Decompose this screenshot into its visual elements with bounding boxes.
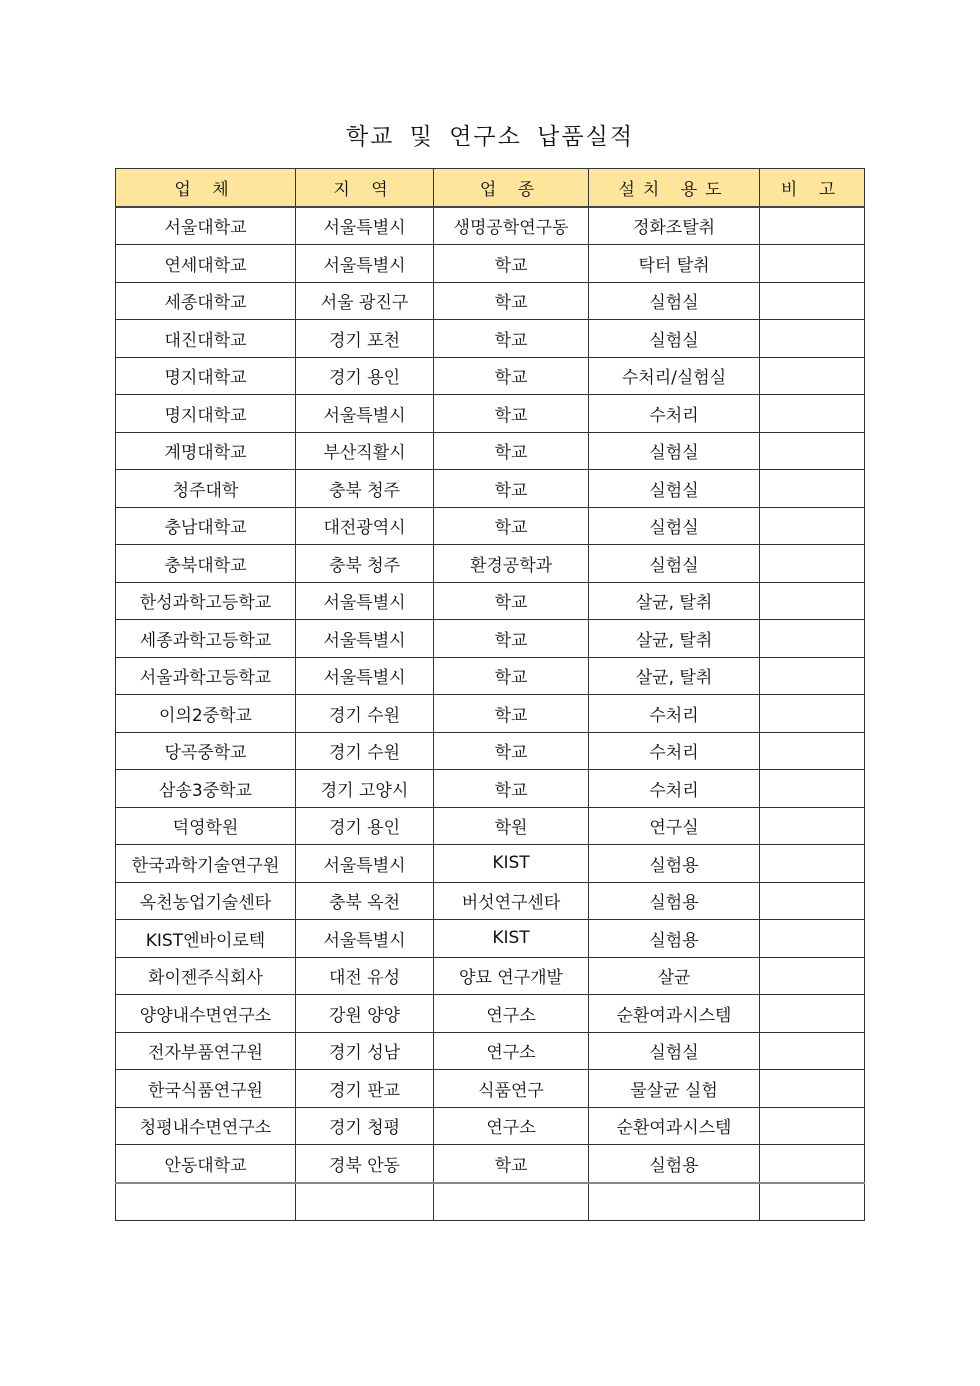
cell-industry: 학교 bbox=[434, 357, 589, 395]
cell-industry: 학교 bbox=[434, 432, 589, 470]
cell-industry: 학교 bbox=[434, 620, 589, 658]
table-row: 서울과학고등학교서울특별시학교살균, 탈취 bbox=[116, 657, 865, 695]
cell-company: 덕영학원 bbox=[116, 807, 296, 845]
table-row: 덕영학원경기 용인학원연구실 bbox=[116, 807, 865, 845]
table-row: 충남대학교대전광역시학교실험실 bbox=[116, 507, 865, 545]
cell-note bbox=[760, 582, 865, 620]
table-row: 전자부품연구원경기 성남연구소실험실 bbox=[116, 1032, 865, 1070]
cell-note bbox=[760, 1070, 865, 1108]
table-row: 한국과학기술연구원서울특별시KIST실험용 bbox=[116, 845, 865, 883]
table-row: 삼송3중학교경기 고양시학교수처리 bbox=[116, 770, 865, 808]
cell-note bbox=[760, 320, 865, 358]
cell-usage: 수처리/실험실 bbox=[589, 357, 760, 395]
cell-note bbox=[760, 282, 865, 320]
cell-note bbox=[760, 432, 865, 470]
cell-note bbox=[760, 732, 865, 770]
cell-region: 경기 용인 bbox=[296, 357, 434, 395]
cell-industry: 학교 bbox=[434, 695, 589, 733]
table-row: 한성과학고등학교서울특별시학교살균, 탈취 bbox=[116, 582, 865, 620]
table-row: 명지대학교서울특별시학교수처리 bbox=[116, 395, 865, 433]
column-header-region: 지 역 bbox=[296, 169, 434, 207]
cell-industry: 학교 bbox=[434, 1145, 589, 1183]
cell-note bbox=[760, 1032, 865, 1070]
cell-region: 경기 용인 bbox=[296, 807, 434, 845]
cell-note bbox=[760, 357, 865, 395]
table-header-row: 업 체 지 역 업 종 설치 용도 비 고 bbox=[116, 169, 865, 207]
cell-industry: 학교 bbox=[434, 395, 589, 433]
table-row: KIST엔바이로텍서울특별시KIST실험용 bbox=[116, 920, 865, 958]
table-row: 옥천농업기술센타충북 옥천버섯연구센타실험용 bbox=[116, 882, 865, 920]
table-row: 화이젠주식회사대전 유성양묘 연구개발살균 bbox=[116, 957, 865, 995]
cell-usage: 실험실 bbox=[589, 282, 760, 320]
cell-usage: 실험실 bbox=[589, 470, 760, 508]
cell-industry: 양묘 연구개발 bbox=[434, 957, 589, 995]
cell-company: 당곡중학교 bbox=[116, 732, 296, 770]
table-row: 충북대학교충북 청주환경공학과실험실 bbox=[116, 545, 865, 583]
table-row: 청주대학충북 청주학교실험실 bbox=[116, 470, 865, 508]
cell-region: 서울특별시 bbox=[296, 245, 434, 283]
column-header-industry: 업 종 bbox=[434, 169, 589, 207]
cell-industry: 학교 bbox=[434, 507, 589, 545]
cell-usage: 살균 bbox=[589, 957, 760, 995]
cell-region: 충북 청주 bbox=[296, 470, 434, 508]
cell-region: 경기 포천 bbox=[296, 320, 434, 358]
cell-note bbox=[760, 1107, 865, 1145]
cell-usage: 살균, 탈취 bbox=[589, 657, 760, 695]
cell-industry: 생명공학연구동 bbox=[434, 207, 589, 245]
table-row: 연세대학교서울특별시학교탁터 탈취 bbox=[116, 245, 865, 283]
cell-usage: 실험실 bbox=[589, 545, 760, 583]
cell-industry: 학교 bbox=[434, 470, 589, 508]
cell-region: 서울특별시 bbox=[296, 657, 434, 695]
cell-industry: 학교 bbox=[434, 245, 589, 283]
cell-region: 서울특별시 bbox=[296, 582, 434, 620]
cell-region: 경기 판교 bbox=[296, 1070, 434, 1108]
cell-usage: 실험실 bbox=[589, 1032, 760, 1070]
column-header-note: 비 고 bbox=[760, 169, 865, 207]
cell-company: 이의2중학교 bbox=[116, 695, 296, 733]
table-row: 한국식품연구원경기 판교식품연구물살균 실험 bbox=[116, 1070, 865, 1108]
cell-industry: 식품연구 bbox=[434, 1070, 589, 1108]
cell-industry: 학교 bbox=[434, 282, 589, 320]
table-row: 당곡중학교경기 수원학교수처리 bbox=[116, 732, 865, 770]
cell-note bbox=[760, 507, 865, 545]
cell-company: 청주대학 bbox=[116, 470, 296, 508]
cell-company: 대진대학교 bbox=[116, 320, 296, 358]
cell-note bbox=[760, 1183, 865, 1221]
cell-note bbox=[760, 845, 865, 883]
cell-industry: 버섯연구센타 bbox=[434, 882, 589, 920]
cell-industry: 연구소 bbox=[434, 995, 589, 1033]
cell-note bbox=[760, 920, 865, 958]
table-row: 대진대학교경기 포천학교실험실 bbox=[116, 320, 865, 358]
cell-usage: 수처리 bbox=[589, 732, 760, 770]
column-header-usage: 설치 용도 bbox=[589, 169, 760, 207]
cell-company: 전자부품연구원 bbox=[116, 1032, 296, 1070]
table-row: 양양내수면연구소강원 양양연구소순환여과시스템 bbox=[116, 995, 865, 1033]
table-row: 계명대학교부산직활시학교실험실 bbox=[116, 432, 865, 470]
cell-region bbox=[296, 1183, 434, 1221]
cell-company: 서울대학교 bbox=[116, 207, 296, 245]
cell-region: 경북 안동 bbox=[296, 1145, 434, 1183]
cell-company: 충남대학교 bbox=[116, 507, 296, 545]
cell-usage: 수처리 bbox=[589, 695, 760, 733]
cell-note bbox=[760, 770, 865, 808]
cell-note bbox=[760, 995, 865, 1033]
cell-region: 서울 광진구 bbox=[296, 282, 434, 320]
cell-note bbox=[760, 620, 865, 658]
cell-company: KIST엔바이로텍 bbox=[116, 920, 296, 958]
cell-usage: 살균, 탈취 bbox=[589, 620, 760, 658]
cell-usage: 순환여과시스템 bbox=[589, 1107, 760, 1145]
cell-company: 세종과학고등학교 bbox=[116, 620, 296, 658]
cell-region: 경기 수원 bbox=[296, 732, 434, 770]
cell-usage: 탁터 탈취 bbox=[589, 245, 760, 283]
cell-note bbox=[760, 882, 865, 920]
cell-usage: 실험용 bbox=[589, 845, 760, 883]
cell-region: 충북 청주 bbox=[296, 545, 434, 583]
cell-industry: 학교 bbox=[434, 770, 589, 808]
table-row: 세종과학고등학교서울특별시학교살균, 탈취 bbox=[116, 620, 865, 658]
cell-company: 명지대학교 bbox=[116, 395, 296, 433]
cell-industry: 학교 bbox=[434, 582, 589, 620]
cell-note bbox=[760, 657, 865, 695]
document-title: 학교 및 연구소 납품실적 bbox=[0, 118, 980, 151]
cell-company: 한국식품연구원 bbox=[116, 1070, 296, 1108]
cell-note bbox=[760, 957, 865, 995]
cell-industry: 학교 bbox=[434, 732, 589, 770]
cell-usage: 물살균 실험 bbox=[589, 1070, 760, 1108]
cell-company: 옥천농업기술센타 bbox=[116, 882, 296, 920]
cell-usage: 실험실 bbox=[589, 507, 760, 545]
cell-industry bbox=[434, 1183, 589, 1221]
cell-region: 서울특별시 bbox=[296, 845, 434, 883]
cell-region: 경기 고양시 bbox=[296, 770, 434, 808]
cell-company: 삼송3중학교 bbox=[116, 770, 296, 808]
cell-usage: 실험용 bbox=[589, 882, 760, 920]
cell-usage: 살균, 탈취 bbox=[589, 582, 760, 620]
cell-note bbox=[760, 470, 865, 508]
cell-company: 한성과학고등학교 bbox=[116, 582, 296, 620]
table-body: 서울대학교서울특별시생명공학연구동정화조탈취연세대학교서울특별시학교탁터 탈취세… bbox=[116, 207, 865, 1221]
cell-company: 계명대학교 bbox=[116, 432, 296, 470]
table-row: 안동대학교경북 안동학교실험용 bbox=[116, 1145, 865, 1183]
table-row: 명지대학교경기 용인학교수처리/실험실 bbox=[116, 357, 865, 395]
cell-note bbox=[760, 695, 865, 733]
cell-note bbox=[760, 807, 865, 845]
cell-company: 화이젠주식회사 bbox=[116, 957, 296, 995]
cell-usage: 순환여과시스템 bbox=[589, 995, 760, 1033]
cell-company: 양양내수면연구소 bbox=[116, 995, 296, 1033]
cell-industry: KIST bbox=[434, 845, 589, 883]
cell-note bbox=[760, 1145, 865, 1183]
cell-company bbox=[116, 1183, 296, 1221]
cell-region: 경기 청평 bbox=[296, 1107, 434, 1145]
table-row: 이의2중학교경기 수원학교수처리 bbox=[116, 695, 865, 733]
cell-usage bbox=[589, 1183, 760, 1221]
cell-region: 강원 양양 bbox=[296, 995, 434, 1033]
table-row bbox=[116, 1183, 865, 1221]
cell-region: 서울특별시 bbox=[296, 207, 434, 245]
cell-usage: 정화조탈취 bbox=[589, 207, 760, 245]
cell-region: 서울특별시 bbox=[296, 395, 434, 433]
cell-region: 경기 수원 bbox=[296, 695, 434, 733]
cell-usage: 실험용 bbox=[589, 1145, 760, 1183]
cell-note bbox=[760, 207, 865, 245]
cell-company: 연세대학교 bbox=[116, 245, 296, 283]
cell-industry: 연구소 bbox=[434, 1032, 589, 1070]
cell-company: 서울과학고등학교 bbox=[116, 657, 296, 695]
cell-region: 서울특별시 bbox=[296, 620, 434, 658]
cell-usage: 실험실 bbox=[589, 432, 760, 470]
cell-company: 청평내수면연구소 bbox=[116, 1107, 296, 1145]
cell-usage: 실험용 bbox=[589, 920, 760, 958]
cell-industry: 학교 bbox=[434, 657, 589, 695]
cell-region: 충북 옥천 bbox=[296, 882, 434, 920]
cell-industry: 학원 bbox=[434, 807, 589, 845]
cell-company: 충북대학교 bbox=[116, 545, 296, 583]
cell-company: 세종대학교 bbox=[116, 282, 296, 320]
cell-region: 대전 유성 bbox=[296, 957, 434, 995]
cell-note bbox=[760, 545, 865, 583]
cell-company: 안동대학교 bbox=[116, 1145, 296, 1183]
cell-industry: 학교 bbox=[434, 320, 589, 358]
cell-industry: 환경공학과 bbox=[434, 545, 589, 583]
table-row: 세종대학교서울 광진구학교실험실 bbox=[116, 282, 865, 320]
cell-region: 부산직활시 bbox=[296, 432, 434, 470]
cell-usage: 실험실 bbox=[589, 320, 760, 358]
table-row: 청평내수면연구소경기 청평연구소순환여과시스템 bbox=[116, 1107, 865, 1145]
cell-usage: 수처리 bbox=[589, 395, 760, 433]
cell-region: 대전광역시 bbox=[296, 507, 434, 545]
delivery-records-table: 업 체 지 역 업 종 설치 용도 비 고 서울대학교서울특별시생명공학연구동정… bbox=[115, 168, 865, 1221]
table-row: 서울대학교서울특별시생명공학연구동정화조탈취 bbox=[116, 207, 865, 245]
cell-region: 경기 성남 bbox=[296, 1032, 434, 1070]
column-header-company: 업 체 bbox=[116, 169, 296, 207]
cell-company: 한국과학기술연구원 bbox=[116, 845, 296, 883]
cell-company: 명지대학교 bbox=[116, 357, 296, 395]
cell-usage: 연구실 bbox=[589, 807, 760, 845]
cell-note bbox=[760, 245, 865, 283]
cell-usage: 수처리 bbox=[589, 770, 760, 808]
cell-industry: KIST bbox=[434, 920, 589, 958]
cell-industry: 연구소 bbox=[434, 1107, 589, 1145]
cell-note bbox=[760, 395, 865, 433]
cell-region: 서울특별시 bbox=[296, 920, 434, 958]
